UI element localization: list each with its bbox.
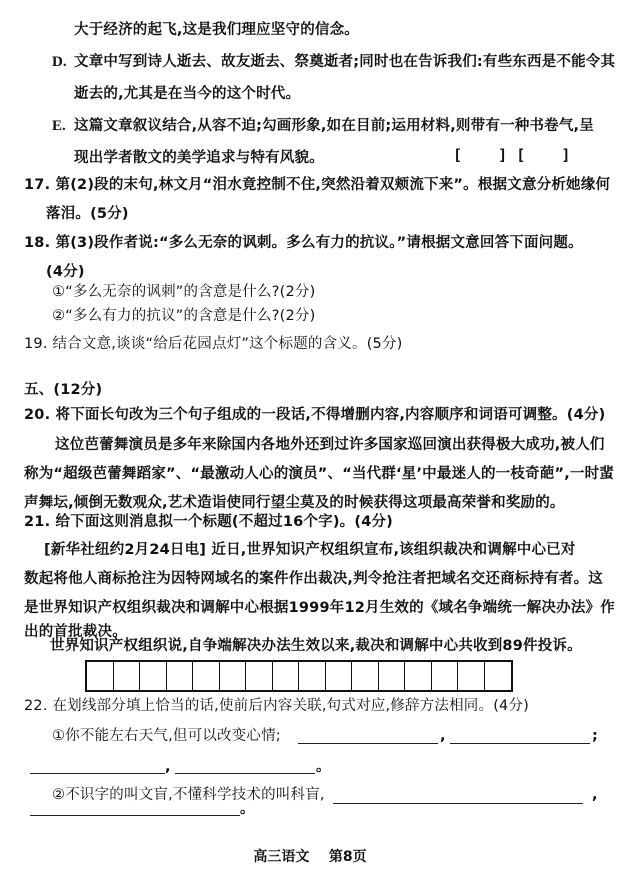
answer-cell[interactable]	[220, 662, 247, 690]
option-d-line2: 逝去的,尤其是在当今的这个时代。	[74, 85, 300, 103]
answer-cell[interactable]	[140, 662, 167, 690]
q22-item1-blank4[interactable]	[175, 772, 315, 774]
q17-line1: 17. 第(2)段的末句,林文月“泪水竟控制不住,突然沿着双颊流下来”。根据文意…	[24, 176, 610, 194]
q21-passage-line1: [新华社纽约2月24日电] 近日,世界知识产权组织宣布,该组织裁决和调解中心已对	[44, 541, 576, 559]
q22-item1-period: 。	[316, 758, 331, 776]
answer-cell[interactable]	[405, 662, 432, 690]
q22-item1-blank3[interactable]	[30, 772, 165, 774]
q21-passage-line2: 数起将他人商标抢注为因特网域名的案件作出裁决,判令抢注者把域名交还商标持有者。这	[24, 570, 603, 588]
q22-item2: ②不识字的叫文盲,不懂科学技术的叫科盲,	[52, 786, 325, 804]
q22-item1-semicolon: ;	[592, 727, 598, 745]
q22-item2-period: 。	[240, 800, 255, 818]
exam-page: 大于经济的起飞,这是我们理应坚守的信念。 D. 文章中写到诗人逝去、故友逝去、祭…	[0, 0, 620, 889]
answer-cell[interactable]	[114, 662, 141, 690]
title-answer-grid[interactable]	[85, 660, 513, 692]
q21-passage-line5: 世界知识产权组织说,自争端解决办法生效以来,裁决和调解中心共收到89件投诉。	[50, 637, 582, 655]
q22-item2-blank1[interactable]	[333, 802, 583, 804]
answer-brackets[interactable]: [ ] [ ]	[453, 146, 570, 164]
page-footer: 高三语文 第8页	[0, 848, 620, 866]
q22-item1: ①你不能左右天气,但可以改变心情;	[52, 727, 281, 745]
answer-cell[interactable]	[193, 662, 220, 690]
q22-item2-blank2[interactable]	[30, 814, 240, 816]
answer-cell[interactable]	[379, 662, 406, 690]
q18-line1: 18. 第(3)段作者说:“多么无奈的讽刺。多么有力的抗议。”请根据文意回答下面…	[24, 234, 583, 252]
option-e-letter: E.	[52, 117, 66, 135]
answer-cell[interactable]	[299, 662, 326, 690]
option-e-line2: 现出学者散文的美学追求与特有风貌。	[74, 149, 324, 167]
q21-passage-line3: 是世界知识产权组织裁决和调解中心根据1999年12月生效的《域名争端统一解决办法…	[24, 599, 615, 617]
option-c-continuation: 大于经济的起飞,这是我们理应坚守的信念。	[74, 21, 359, 39]
answer-cell[interactable]	[246, 662, 273, 690]
q22-item1-blank1[interactable]	[298, 742, 438, 744]
q19-text: 19. 结合文意,谈谈“给后花园点灯”这个标题的含义。(5分)	[24, 335, 403, 353]
q21-prompt: 21. 给下面这则消息拟一个标题(不超过16个字)。(4分)	[24, 513, 393, 531]
q22-item2-comma: ,	[592, 786, 598, 804]
q20-prompt: 20. 将下面长句改为三个句子组成的一段话,不得增删内容,内容顺序和词语可调整。…	[24, 406, 605, 424]
q17-line2: 落泪。(5分)	[46, 205, 129, 223]
answer-cell[interactable]	[485, 662, 512, 690]
answer-cell[interactable]	[167, 662, 194, 690]
answer-cell[interactable]	[458, 662, 485, 690]
option-e-line1: 这篇文章叙议结合,从容不迫;勾画形象,如在目前;运用材料,则带有一种书卷气,呈	[74, 117, 594, 135]
section-5-heading: 五、(12分)	[24, 381, 102, 399]
q20-passage-line3: 声舞坛,倾倒无数观众,艺术造诣使同行望尘莫及的时候获得这项最高荣誉和奖励的。	[24, 494, 565, 512]
answer-cell[interactable]	[432, 662, 459, 690]
q20-passage-line1: 这位芭蕾舞演员是多年来除国内各地外还到过许多国家巡回演出获得极大成功,被人们	[55, 436, 605, 454]
q18-sub1: ①“多么无奈的讽刺”的含意是什么?(2分)	[52, 283, 315, 301]
answer-cell[interactable]	[326, 662, 353, 690]
answer-cell[interactable]	[87, 662, 114, 690]
q18-sub2: ②“多么有力的抗议”的含意是什么?(2分)	[52, 307, 315, 325]
answer-cell[interactable]	[352, 662, 379, 690]
q18-line2: (4分)	[46, 263, 85, 281]
q20-passage-line2: 称为“超级芭蕾舞蹈家”、“最激动人心的演员”、“当代群‘星’中最迷人的一枝奇葩”…	[24, 465, 614, 483]
q22-prompt: 22. 在划线部分填上恰当的话,使前后内容关联,句式对应,修辞方法相同。(4分)	[24, 697, 529, 715]
answer-cell[interactable]	[273, 662, 300, 690]
q22-item1-comma2: ,	[165, 758, 171, 776]
option-d-line1: 文章中写到诗人逝去、故友逝去、祭奠逝者;同时也在告诉我们:有些东西是不能令其	[74, 53, 615, 71]
q22-item1-comma: ,	[440, 727, 446, 745]
option-d-letter: D.	[52, 53, 67, 71]
q22-item1-blank2[interactable]	[450, 742, 590, 744]
